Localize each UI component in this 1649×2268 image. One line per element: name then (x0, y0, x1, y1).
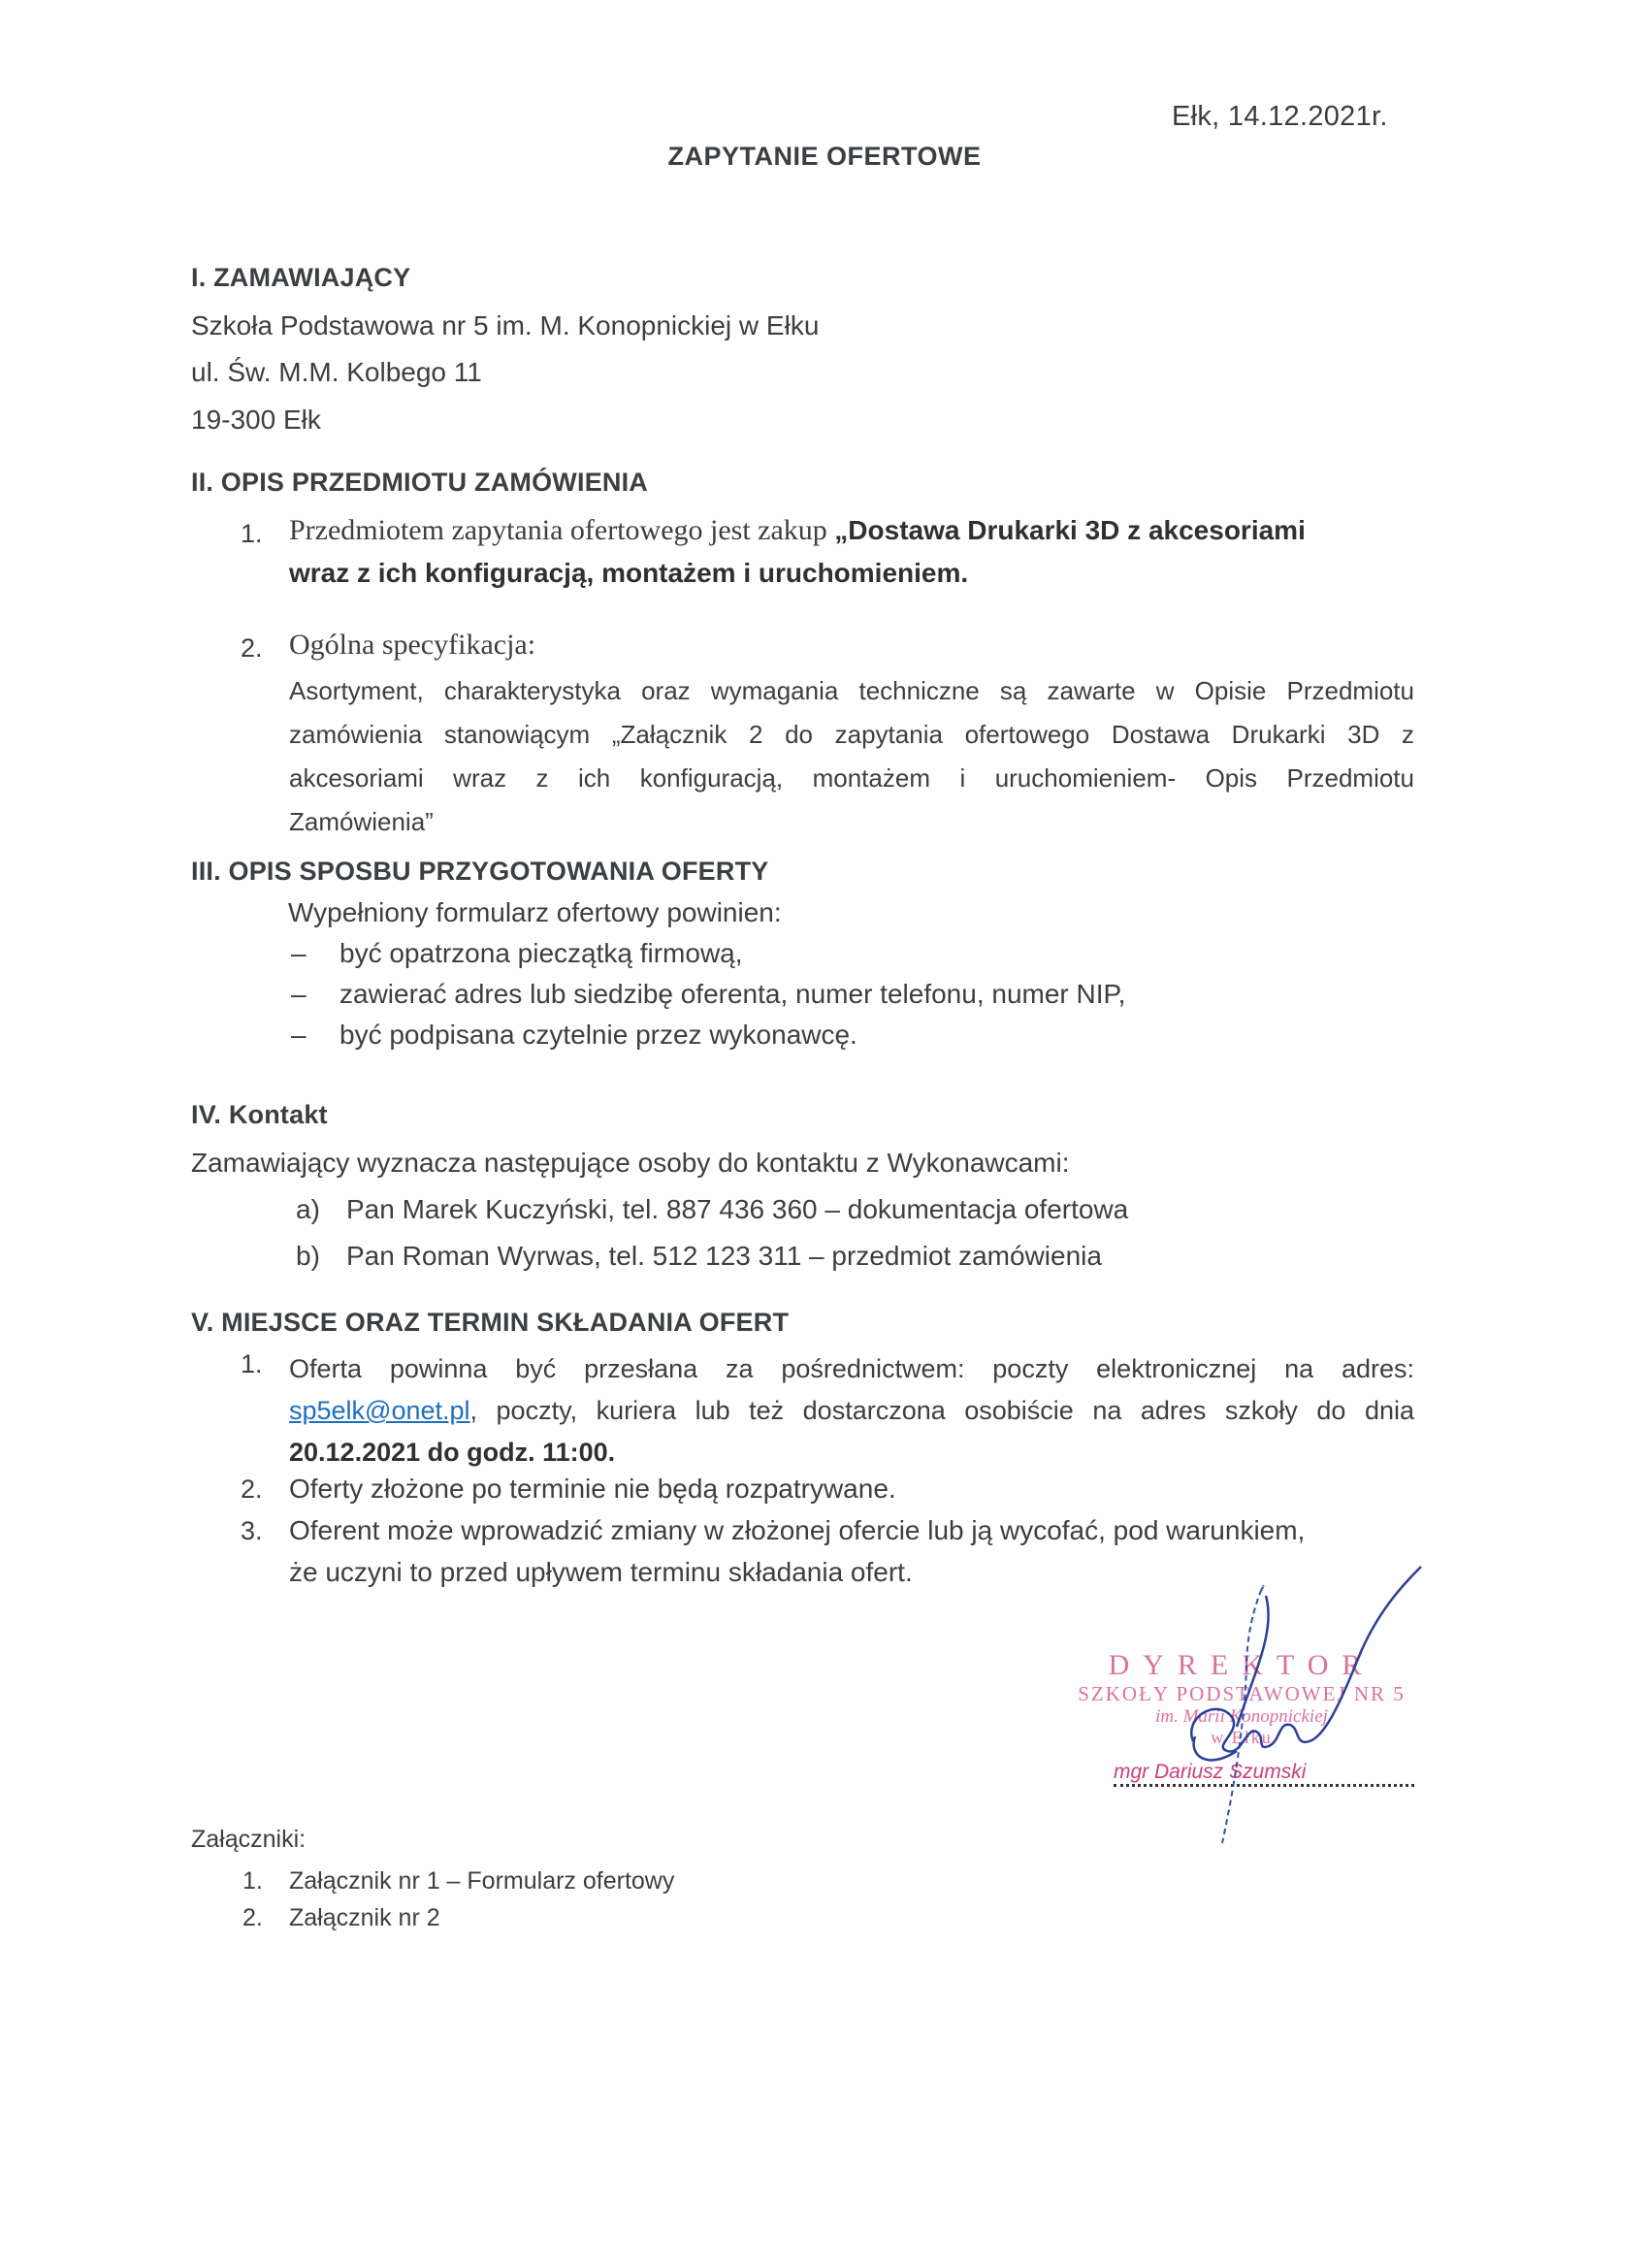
section-heading-ordering-party: I. ZAMAWIAJĄCY (191, 263, 410, 293)
item-number: 1. (241, 519, 263, 549)
handwritten-signature (1048, 1552, 1436, 1892)
item-number: 3. (241, 1516, 263, 1546)
contact-marker: a) (296, 1194, 320, 1225)
deadline: 20.12.2021 do godz. 11:00. (289, 1432, 1414, 1474)
contact-marker: b) (296, 1241, 320, 1272)
bullet-dash: – (291, 979, 307, 1010)
subject-title-bold-cont: wraz z ich konfiguracją, montażem i uruc… (289, 558, 968, 589)
offer-changes-line-2: że uczyni to przed upływem terminu skład… (289, 1557, 913, 1588)
attachment-1: Załącznik nr 1 – Formularz ofertowy (289, 1867, 674, 1895)
subject-intro: Przedmiotem zapytania ofertowego jest za… (289, 514, 834, 546)
subject-title-bold: „Dostawa Drukarki 3D z akcesoriami (834, 515, 1306, 545)
submission-instructions: Oferta powinna być przesłana za pośredni… (289, 1348, 1414, 1474)
email-link[interactable]: sp5elk@onet.pl (289, 1396, 470, 1425)
school-postcode: 19-300 Ełk (191, 405, 321, 436)
attachment-2: Załącznik nr 2 (289, 1904, 440, 1932)
contact-person-1: Pan Marek Kuczyński, tel. 887 436 360 – … (346, 1194, 1128, 1225)
spec-line: zamówienia stanowiącym „Załącznik 2 do z… (289, 713, 1414, 757)
bullet-dash: – (291, 938, 307, 969)
bullet-dash: – (291, 1020, 307, 1051)
spec-line: akcesoriami wraz z ich konfiguracją, mon… (289, 757, 1414, 800)
offer-changes-line-1: Oferent może wprowadzić zmiany w złożone… (289, 1515, 1305, 1546)
school-name: Szkoła Podstawowa nr 5 im. M. Konopnicki… (191, 310, 819, 341)
bullet-item: być opatrzona pieczątką firmową, (339, 938, 743, 969)
attachment-number: 1. (242, 1867, 263, 1895)
section-heading-contact: IV. Kontakt (191, 1100, 328, 1130)
section-heading-subject: II. OPIS PRZEDMIOTU ZAMÓWIENIA (191, 468, 648, 498)
preparation-intro: Wypełniony formularz ofertowy powinien: (288, 897, 782, 928)
section-heading-preparation: III. OPIS SPOSBU PRZYGOTOWANIA OFERTY (191, 857, 768, 887)
item-number: 2. (241, 1474, 263, 1505)
submission-line: sp5elk@onet.pl, poczty, kuriera lub też … (289, 1390, 1414, 1432)
place-date: Ełk, 14.12.2021r. (1172, 101, 1388, 133)
contact-person-2: Pan Roman Wyrwas, tel. 512 123 311 – prz… (346, 1241, 1102, 1272)
spec-label: Ogólna specyfikacja: (289, 629, 535, 662)
contact-intro: Zamawiający wyznacza następujące osoby d… (191, 1148, 1070, 1179)
document-title: ZAPYTANIE OFERTOWE (0, 142, 1649, 172)
spec-line: Zamówienia” (289, 800, 1414, 844)
attachments-heading: Załączniki: (191, 1826, 306, 1854)
section-heading-deadline: V. MIEJSCE ORAZ TERMIN SKŁADANIA OFERT (191, 1308, 789, 1338)
submission-line-rest: , poczty, kuriera lub też dostarczona os… (470, 1396, 1414, 1425)
subject-line-1: Przedmiotem zapytania ofertowego jest za… (289, 514, 1306, 547)
bullet-item: być podpisana czytelnie przez wykonawcę. (339, 1020, 857, 1051)
document-page: Ełk, 14.12.2021r. ZAPYTANIE OFERTOWE I. … (0, 0, 1649, 2268)
item-number: 2. (241, 633, 263, 664)
item-number: 1. (241, 1349, 263, 1379)
bullet-item: zawierać adres lub siedzibę oferenta, nu… (339, 979, 1125, 1010)
school-street: ul. Św. M.M. Kolbego 11 (191, 357, 482, 388)
spec-line: Asortyment, charakterystyka oraz wymagan… (289, 669, 1414, 713)
late-offers-note: Oferty złożone po terminie nie będą rozp… (289, 1474, 896, 1505)
spec-description: Asortyment, charakterystyka oraz wymagan… (289, 669, 1414, 844)
attachment-number: 2. (242, 1904, 263, 1932)
submission-line: Oferta powinna być przesłana za pośredni… (289, 1348, 1414, 1390)
